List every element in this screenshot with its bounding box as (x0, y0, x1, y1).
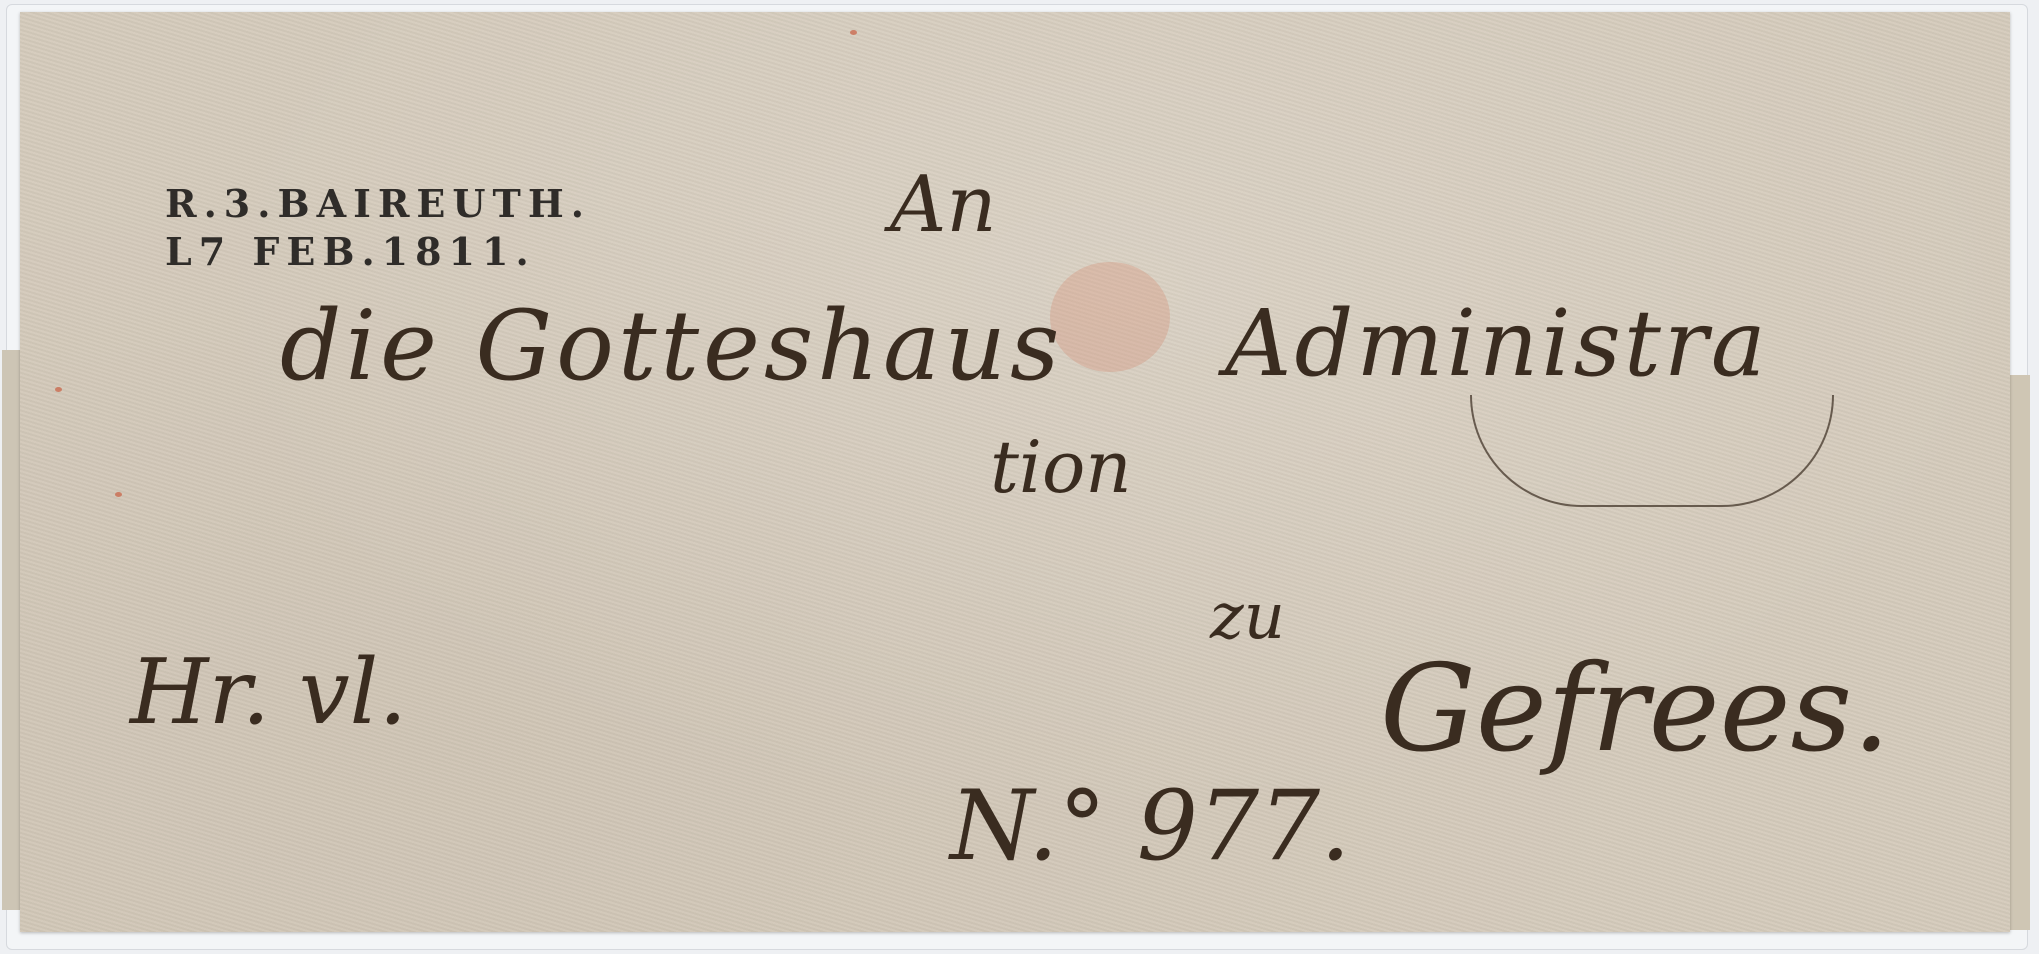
pen-flourish (1470, 395, 1834, 507)
handwritten-annotation: Hr. vl. (130, 640, 407, 745)
salutation: An (890, 160, 997, 250)
address-line2: tion (990, 425, 1132, 509)
address-preposition: zu (1210, 580, 1285, 654)
postmark-line2: L7 FEB.1811. (165, 228, 591, 276)
address-line1: die Gotteshaus (280, 290, 1063, 402)
reference-number: N.° 977. (950, 770, 1351, 882)
address-line1-continued: Administra (1225, 290, 1769, 397)
postmark-line1: R.3.BAIREUTH. (165, 180, 591, 228)
wax-speck (55, 387, 62, 392)
wax-speck (115, 492, 122, 497)
wax-speck (850, 30, 857, 35)
red-stain (1050, 262, 1170, 372)
address-place: Gefrees. (1380, 640, 1890, 779)
postmark-stamp: R.3.BAIREUTH. L7 FEB.1811. (165, 180, 591, 276)
